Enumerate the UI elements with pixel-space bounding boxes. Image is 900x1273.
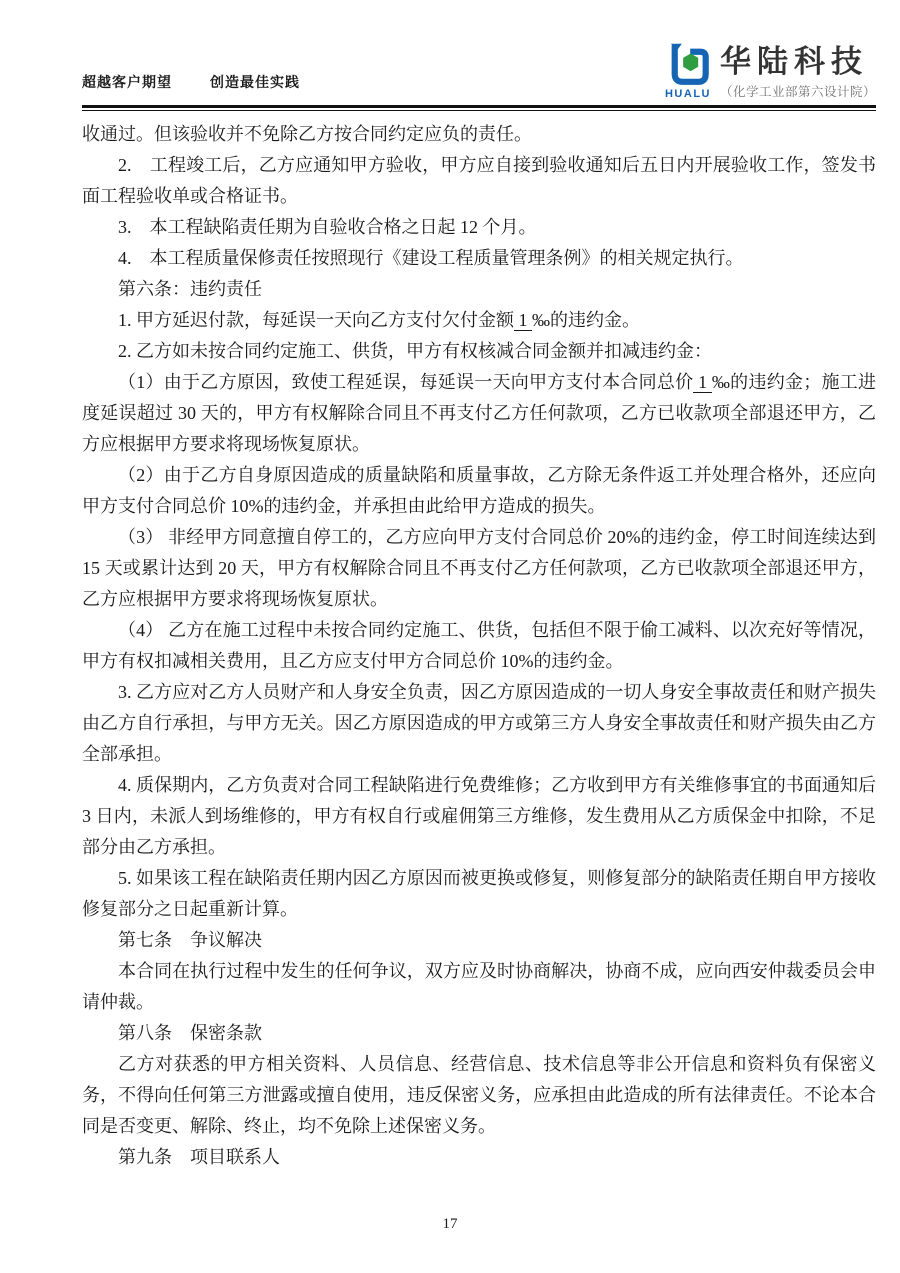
tagline-left: 超越客户期望 xyxy=(82,74,172,90)
paragraph: （4） 乙方在施工过程中未按合同约定施工、供货，包括但不限于偷工减料、以次充好等… xyxy=(82,615,876,677)
paragraph: 5. 如果该工程在缺陷责任期内因乙方原因而被更换或修复，则修复部分的缺陷责任期自… xyxy=(82,863,876,925)
paragraph: 1. 甲方延迟付款，每延误一天向乙方支付欠付金额 1 ‰的违约金。 xyxy=(82,305,876,336)
company-logo: HUALU 华陆科技 （化学工业部第六设计院） xyxy=(665,42,876,100)
page-footer: 17 xyxy=(0,1216,900,1233)
paragraph: 乙方对获悉的甲方相关资料、人员信息、经营信息、技术信息等非公开信息和资料负有保密… xyxy=(82,1049,876,1142)
paragraph: 4. 本工程质量保修责任按照现行《建设工程质量管理条例》的相关规定执行。 xyxy=(82,243,876,274)
section-heading: 第七条 争议解决 xyxy=(82,925,876,956)
paragraph: （2）由于乙方自身原因造成的质量缺陷和质量事故，乙方除无条件返工并处理合格外，还… xyxy=(82,460,876,522)
section-heading: 第八条 保密条款 xyxy=(82,1018,876,1049)
hualu-hexagon-logo-icon xyxy=(665,42,711,88)
brand-text-column: 华陆科技 （化学工业部第六设计院） xyxy=(720,46,876,100)
brand-name: 华陆科技 xyxy=(720,46,868,77)
brand-subtitle: （化学工业部第六设计院） xyxy=(720,82,876,100)
page-header: 超越客户期望创造最佳实践 HUALU 华陆科技 （化学工业部第六设计院） xyxy=(82,42,876,100)
document-body: 收通过。但该验收并不免除乙方按合同约定应负的责任。2. 工程竣工后，乙方应通知甲… xyxy=(82,119,876,1173)
paragraph: （1）由于乙方原因，致使工程延误，每延误一天向甲方支付本合同总价 1 ‰的违约金… xyxy=(82,367,876,460)
paragraph: （3） 非经甲方同意擅自停工的，乙方应向甲方支付合同总价 20%的违约金，停工时… xyxy=(82,522,876,615)
company-tagline: 超越客户期望创造最佳实践 xyxy=(82,72,300,100)
paragraph: 3. 乙方应对乙方人员财产和人身安全负责，因乙方原因造成的一切人身安全事故责任和… xyxy=(82,677,876,770)
tagline-right: 创造最佳实践 xyxy=(210,74,300,90)
brand-latin-label: HUALU xyxy=(665,89,711,100)
underlined-blank-value: 1 xyxy=(514,310,532,331)
paragraph: 2. 乙方如未按合同约定施工、供货，甲方有权核减合同金额并扣减违约金： xyxy=(82,336,876,367)
paragraph: 4. 质保期内，乙方负责对合同工程缺陷进行免费维修；乙方收到甲方有关维修事宜的书… xyxy=(82,770,876,863)
paragraph: 本合同在执行过程中发生的任何争议，双方应及时协商解决，协商不成，应向西安仲裁委员… xyxy=(82,956,876,1018)
section-heading: 第六条：违约责任 xyxy=(82,274,876,305)
contract-page: 超越客户期望创造最佳实践 HUALU 华陆科技 （化学工业部第六设计院） 收通过… xyxy=(0,0,900,1273)
header-divider-rule xyxy=(82,105,876,111)
underlined-blank-value: 1 xyxy=(693,372,712,393)
page-number: 17 xyxy=(443,1216,458,1232)
paragraph: 收通过。但该验收并不免除乙方按合同约定应负的责任。 xyxy=(82,119,876,150)
paragraph: 2. 工程竣工后，乙方应通知甲方验收，甲方应自接到验收通知后五日内开展验收工作，… xyxy=(82,150,876,212)
logo-icon-column: HUALU xyxy=(665,42,711,100)
section-heading: 第九条 项目联系人 xyxy=(82,1142,876,1173)
paragraph: 3. 本工程缺陷责任期为自验收合格之日起 12 个月。 xyxy=(82,212,876,243)
